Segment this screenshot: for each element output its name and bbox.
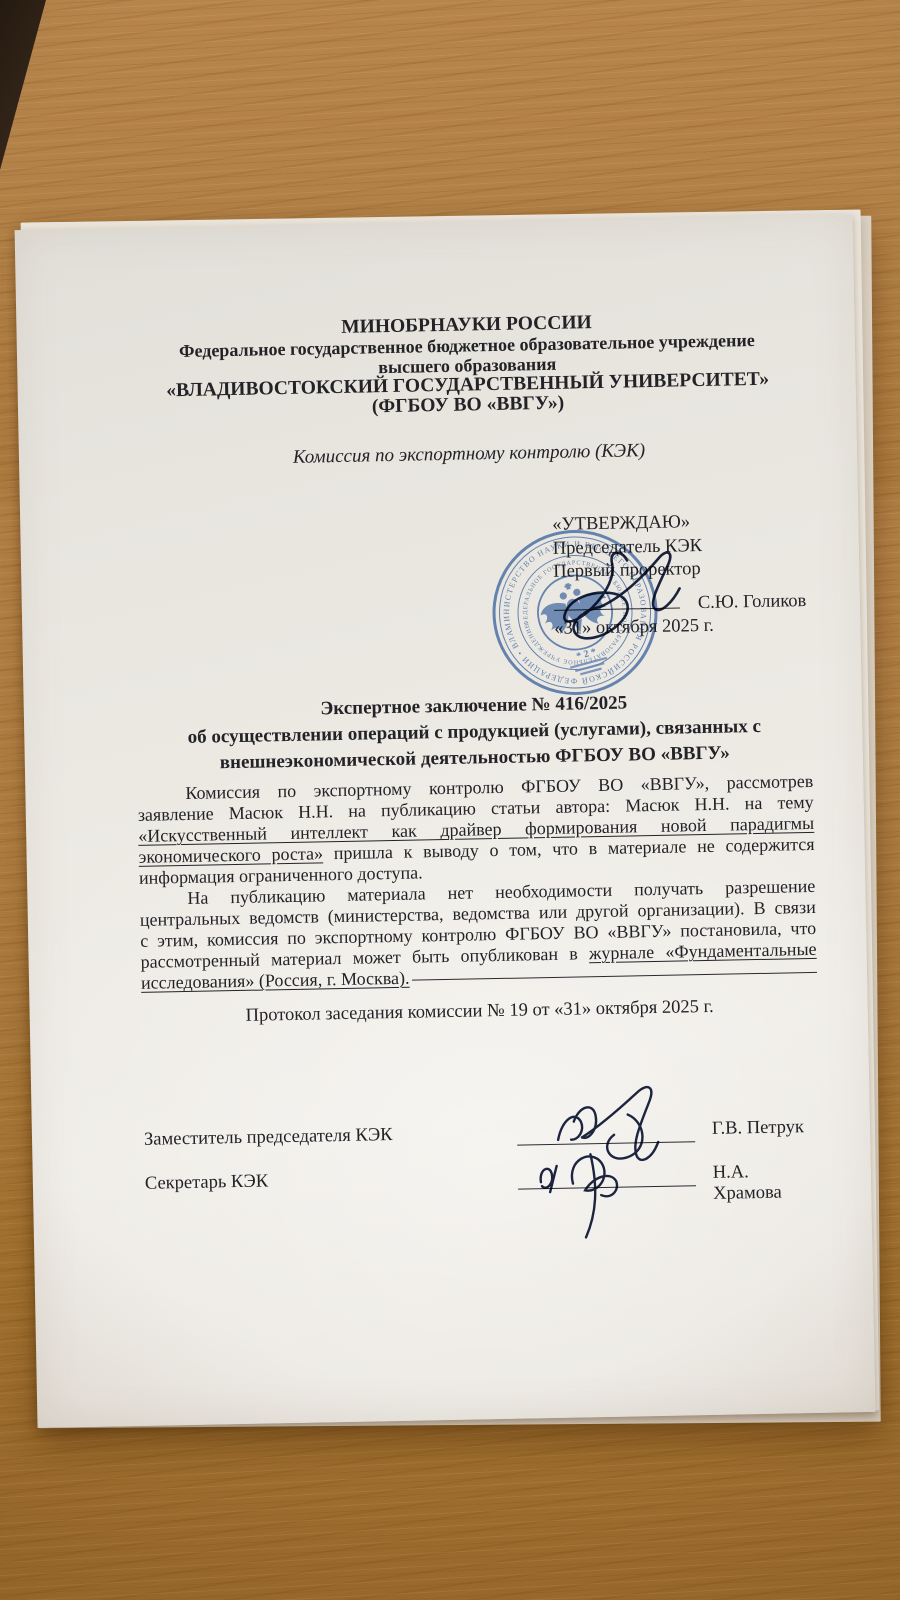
desk-corner-shadow	[0, 0, 70, 200]
document-page: МИНОБРНАУКИ РОССИИ Федеральное государст…	[15, 214, 876, 1428]
secretary-label: Секретарь КЭК	[145, 1171, 269, 1194]
committee-name: Комиссия по экспортному контролю (КЭК)	[131, 437, 807, 472]
underlined-article-title-end: экономического роста»	[138, 843, 323, 867]
deputy-chairman-name: Г.В. Петрук	[712, 1117, 804, 1140]
underlined-journal-start: журнале «Фундаментальные	[589, 939, 817, 963]
signature-row-secretary: Секретарь КЭК Н.А. Храмова	[145, 1161, 821, 1202]
signature-row-deputy: Заместитель председателя КЭК Г.В. Петрук	[144, 1117, 820, 1158]
protocol-line: Протокол заседания комиссии № 19 от «31»…	[142, 995, 818, 1029]
underlined-journal-end: исследования» (Россия, г. Москва).	[141, 968, 410, 994]
body-text: Комиссия по экспортному контролю ФГБОУ В…	[137, 771, 817, 994]
signature-ink-khramova	[528, 1138, 634, 1242]
deputy-chairman-label: Заместитель председателя КЭК	[144, 1125, 393, 1151]
trailing-rule	[412, 972, 817, 981]
signature-ink-golikov	[551, 543, 703, 658]
secretary-name: Н.А. Храмова	[713, 1161, 822, 1205]
photo-of-document-on-desk: МИНОБРНАУКИ РОССИИ Федеральное государст…	[0, 0, 900, 1600]
approver-name: С.Ю. Голиков	[698, 591, 807, 613]
letterhead: МИНОБРНАУКИ РОССИИ Федеральное государст…	[128, 309, 806, 422]
document-title: Экспертное заключение № 416/2025 об осущ…	[136, 687, 813, 778]
